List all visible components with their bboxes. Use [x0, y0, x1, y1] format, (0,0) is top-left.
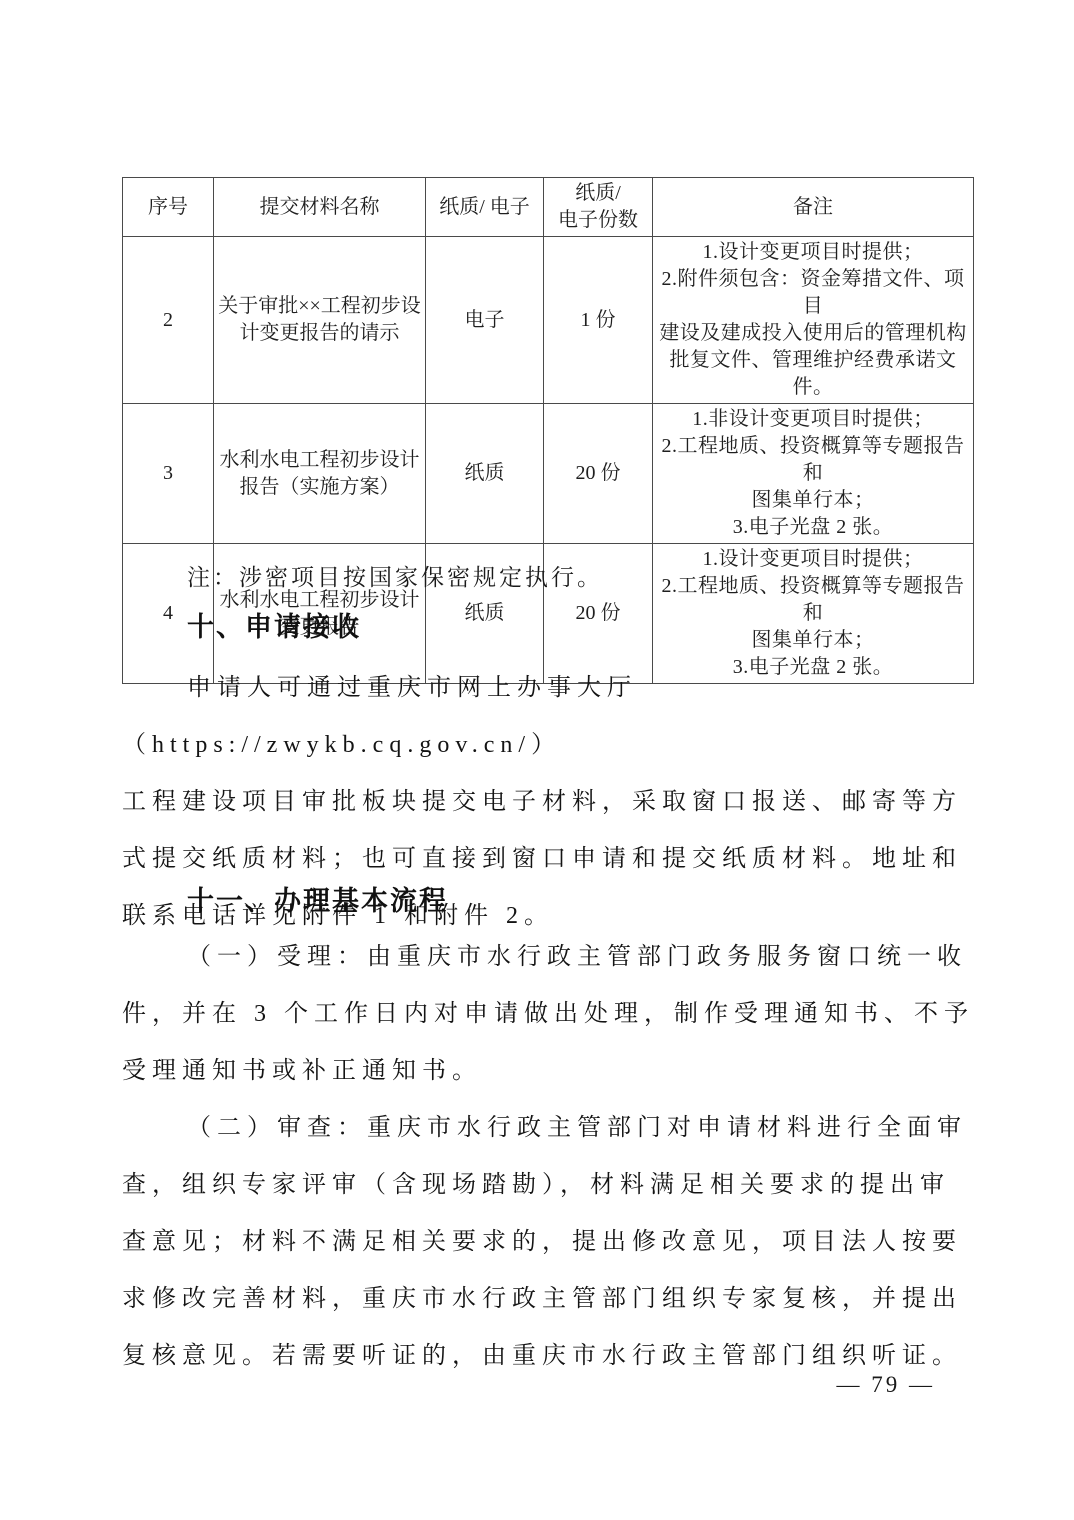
cell-seq-no: 3	[123, 404, 214, 544]
cell-seq-no: 2	[123, 237, 214, 404]
cell-copies: 1 份	[544, 237, 653, 404]
document-page: 序号 提交材料名称 纸质/ 电子 纸质/ 电子份数 备注 2 关于审批××工程初…	[0, 0, 1074, 1520]
cell-medium: 电子	[426, 237, 544, 404]
table-header-row: 序号 提交材料名称 纸质/ 电子 纸质/ 电子份数 备注	[123, 178, 974, 237]
cell-copies: 20 份	[544, 404, 653, 544]
paragraph-review: （二）审查：重庆市水行政主管部门对申请材料进行全面审 查，组织专家评审（含现场踏…	[122, 1100, 1032, 1385]
col-header-remark: 备注	[653, 178, 974, 237]
table-row: 3 水利水电工程初步设计 报告（实施方案） 纸质 20 份 1.非设计变更项目时…	[123, 404, 974, 544]
section-heading-application-receipt: 十、申请接收	[122, 608, 361, 646]
col-header-copies: 纸质/ 电子份数	[544, 178, 653, 237]
paragraph-acceptance: （一）受理：由重庆市水行政主管部门政务服务窗口统一收 件，并在 3 个工作日内对…	[122, 929, 1032, 1100]
cell-remark: 1.设计变更项目时提供； 2.附件须包含：资金筹措文件、项目 建设及建成投入使用…	[653, 237, 974, 404]
cell-material-name: 关于审批××工程初步设 计变更报告的请示	[214, 237, 426, 404]
col-header-material-name: 提交材料名称	[214, 178, 426, 237]
col-header-medium: 纸质/ 电子	[426, 178, 544, 237]
section-heading-basic-process: 十一、办理基本流程	[122, 882, 448, 920]
cell-material-name: 水利水电工程初步设计 报告（实施方案）	[214, 404, 426, 544]
cell-remark: 1.非设计变更项目时提供； 2.工程地质、投资概算等专题报告和 图集单行本； 3…	[653, 404, 974, 544]
table-note: 注：涉密项目按国家保密规定执行。	[122, 561, 603, 595]
table-row: 2 关于审批××工程初步设 计变更报告的请示 电子 1 份 1.设计变更项目时提…	[123, 237, 974, 404]
page-number: — 79 —	[837, 1368, 936, 1402]
col-header-seq-no: 序号	[123, 178, 214, 237]
cell-medium: 纸质	[426, 404, 544, 544]
